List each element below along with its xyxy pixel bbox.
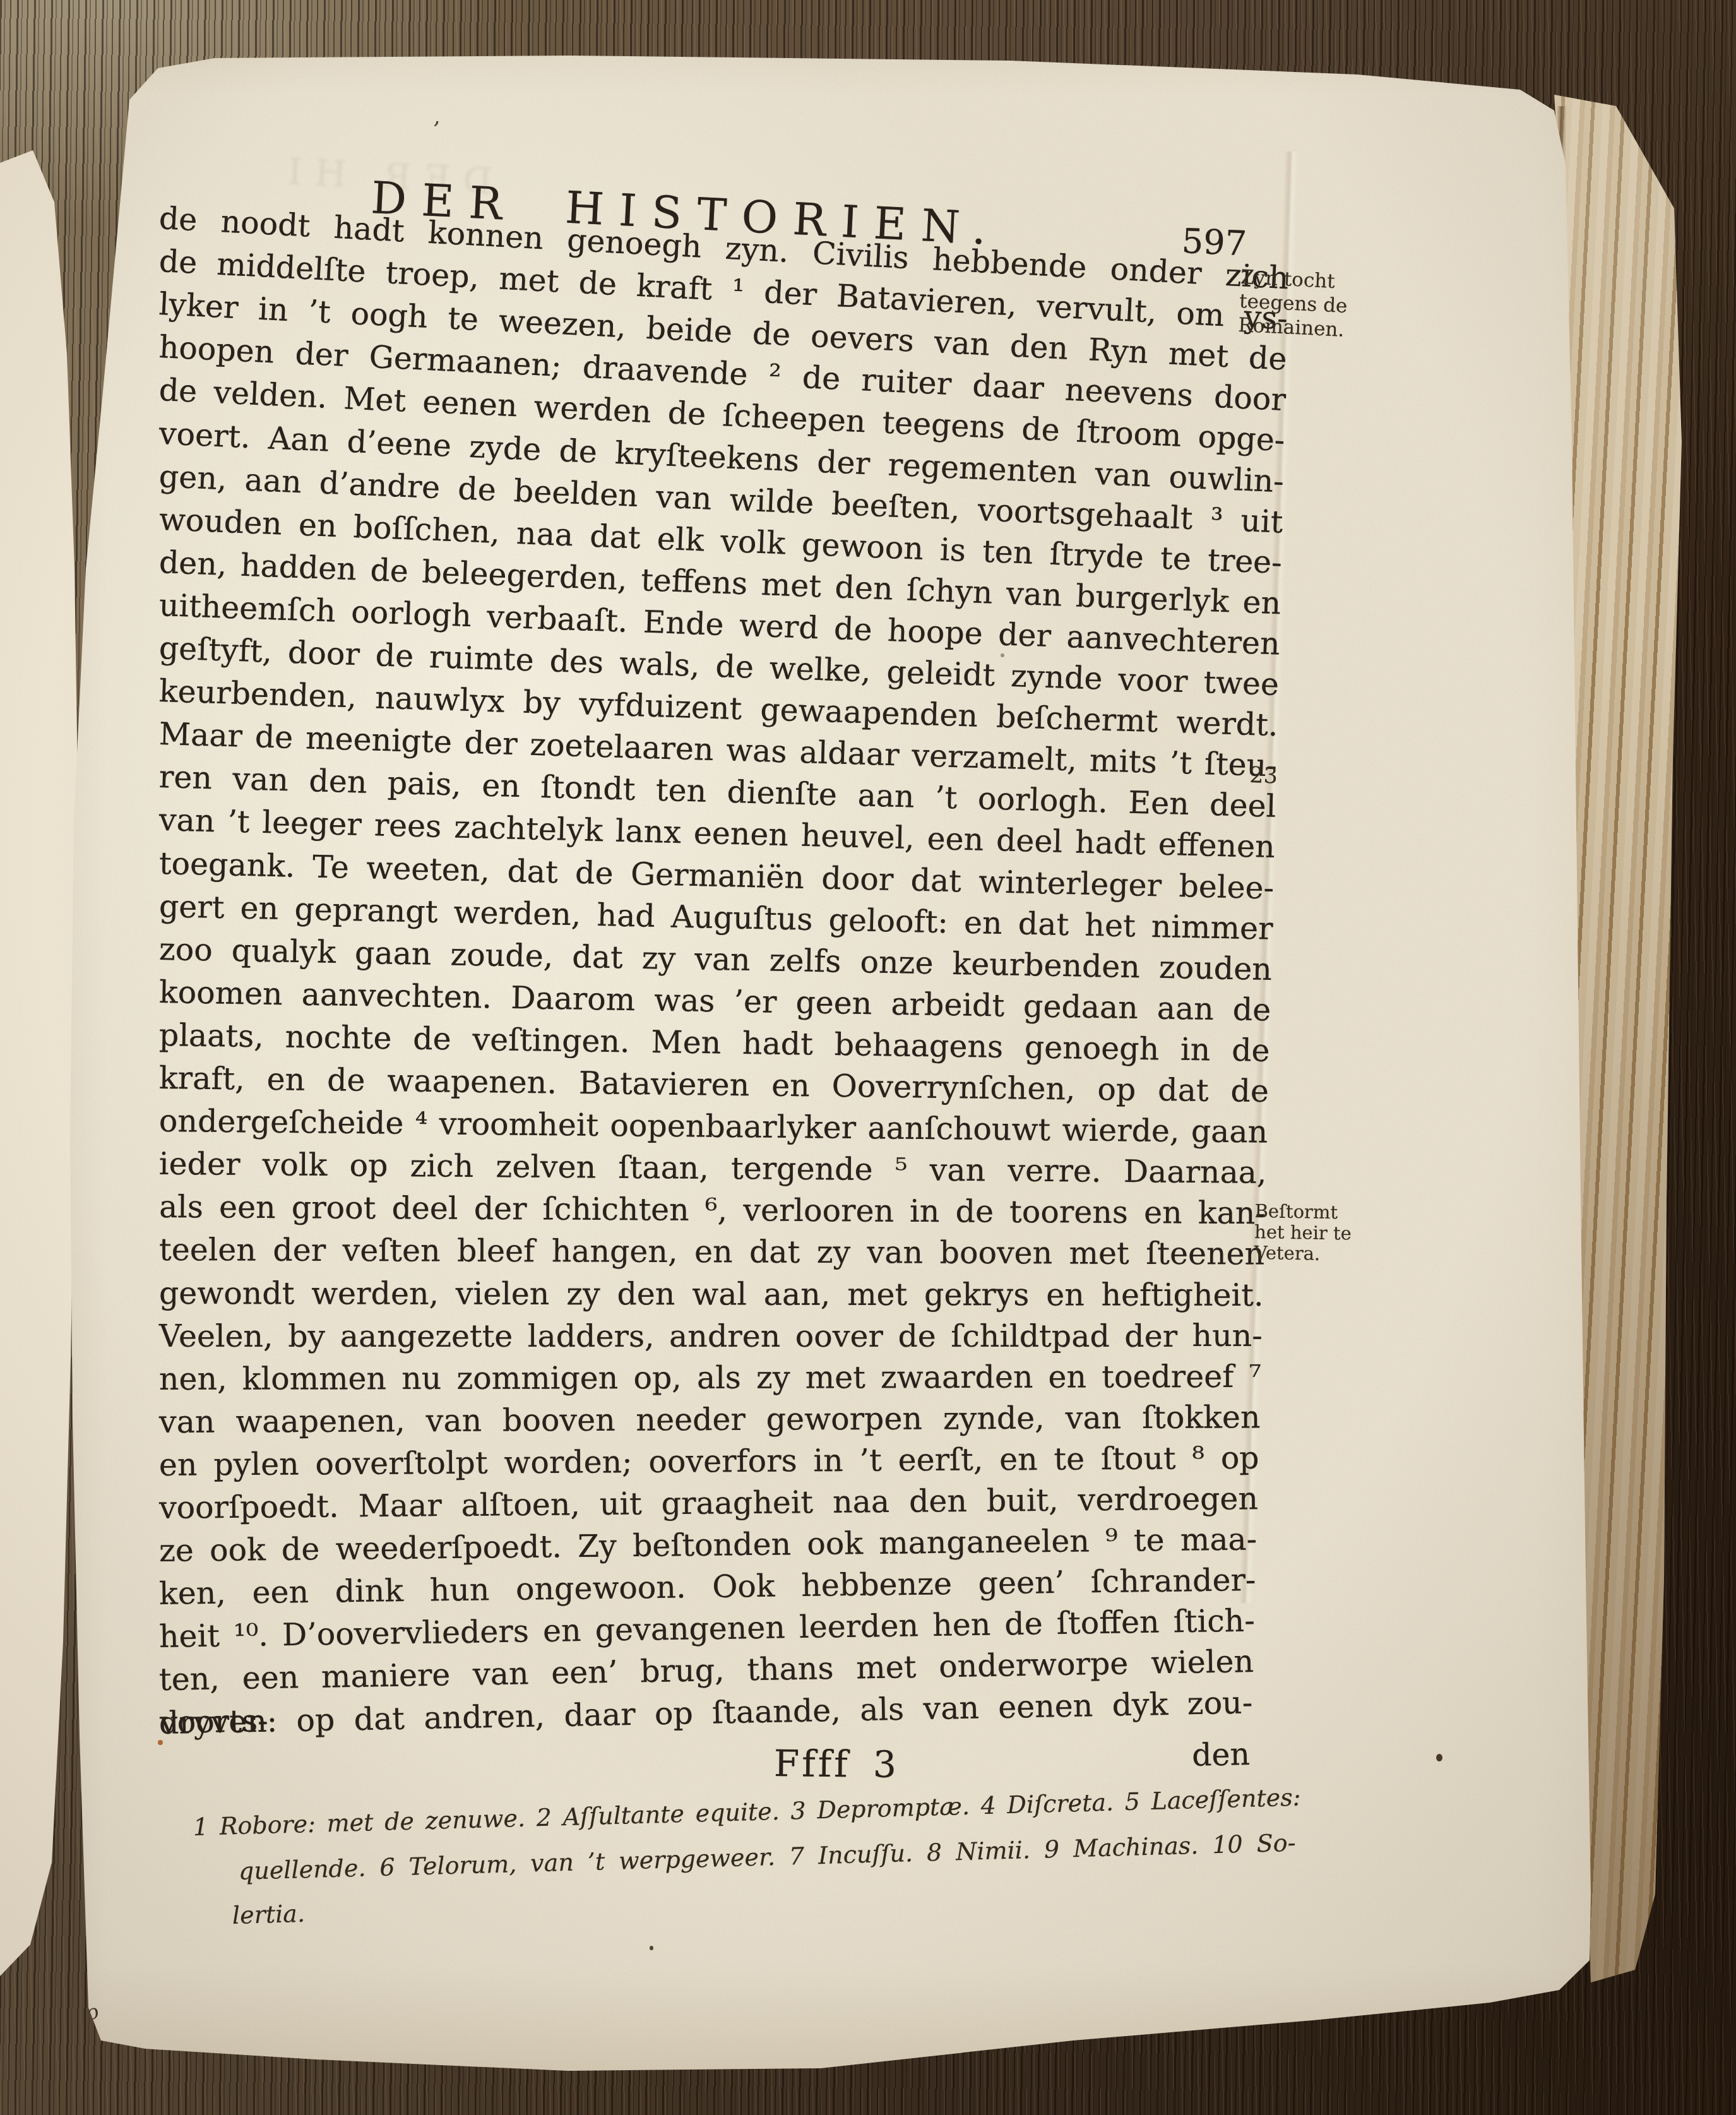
body-text-line: nen, klommen nu zommigen op, als zy met … [159,1355,1261,1401]
paper-speck [1001,653,1004,657]
margin-section-number: 23 [1249,763,1278,789]
margin-note-campaign: Zyn tocht teegens de Romainen. [1238,265,1349,342]
body-text-line: Veelen, by aangezette ladders, andren oo… [159,1314,1263,1358]
margin-note-line: Beſtormt [1254,1201,1352,1224]
margin-note-line: Romainen. [1238,313,1347,342]
body-text-line: van waapenen, van booven needer geworpen… [159,1396,1261,1444]
catchword: den [1091,1733,1250,1779]
body-text-line: als een groot deel der ſchichten ⁶, verl… [159,1186,1266,1235]
book-page: DER HISTORIEN DER HISTORIEN. 597 de nood… [0,0,1736,2115]
book-photo: DER HISTORIEN DER HISTORIEN. 597 de nood… [0,0,1736,2115]
signature-mark: Ffff 3 [742,1736,932,1792]
margin-note-line: Vetera. [1254,1242,1351,1265]
paper-speck [1436,1754,1442,1761]
margin-note-line: het heir te [1254,1222,1352,1244]
footnote-line: lertia. [232,1900,305,1929]
body-text-line: gewondt werden, vielen zy den wal aan, m… [159,1272,1264,1317]
paper-speck [650,1946,653,1950]
paper-speck [158,1740,163,1745]
body-text-line: teelen der veſten bleef hangen, en dat z… [159,1229,1264,1276]
margin-note-vetera: Beſtormt het heir te Vetera. [1254,1201,1352,1265]
